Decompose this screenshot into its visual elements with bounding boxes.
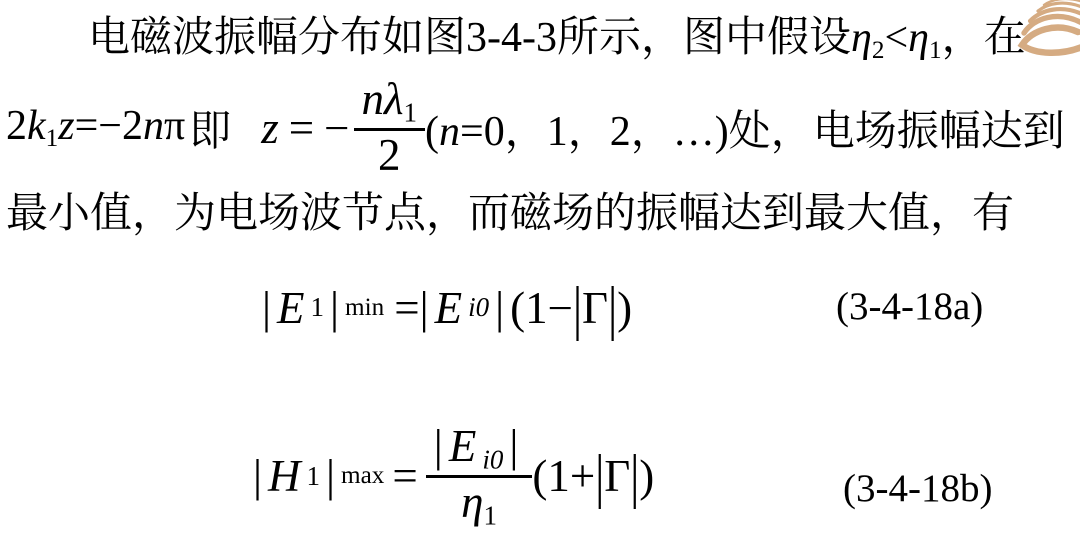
equals-sign: = [289, 102, 314, 154]
gamma-abs-bar: | [630, 441, 639, 511]
gamma-abs-bar: | [595, 441, 604, 511]
E1-symbol: E [277, 282, 305, 334]
paren-close: ) [639, 450, 654, 502]
minus-sign: − [324, 102, 349, 154]
equation-3-4-18b: | H1 |max = |Ei0| η1 (1+|Γ|) [253, 400, 654, 552]
line2-text: 即 [189, 98, 231, 158]
Ei0-subscript: i0 [468, 292, 489, 323]
H1-symbol: H [268, 450, 301, 502]
abs-bar: | [262, 282, 271, 334]
line1-text: ，在 [942, 15, 1026, 61]
gamma-symbol: Γ [604, 450, 630, 502]
Ei0-symbol: E [435, 282, 463, 334]
equals-bar: =| [394, 282, 428, 334]
half-wavelength-fraction: nλ1 2 [354, 76, 426, 179]
equals-sign: = [392, 450, 417, 502]
z-variable: z [261, 102, 279, 154]
H1-subscript: 1 [307, 461, 321, 492]
fraction-numerator: nλ1 [354, 76, 426, 131]
line1-text: 所示，图中假设 [557, 15, 851, 61]
fraction-denominator: η1 [461, 478, 497, 530]
paren-open-one: (1 [532, 450, 570, 502]
paren-open-one: (1 [510, 282, 548, 334]
minus-operator: − [548, 282, 573, 334]
gamma-abs-bar: | [573, 272, 582, 342]
n-range: (n=0，1，2，…) [425, 98, 729, 158]
max-subscript: max [341, 462, 384, 490]
paragraph-line2: 2k1z=−2nπ 即 z = − nλ1 2 (n=0，1，2，…) 处，电场… [6, 68, 1065, 188]
swirl-logo-icon [1016, 0, 1080, 72]
line1-text: 电磁波振幅分布如图 [88, 15, 466, 61]
paragraph-line3: 最小值，为电场波节点，而磁场的振幅达到最大值，有 [6, 180, 1014, 240]
gamma-abs-bar: | [608, 272, 617, 342]
E1-subscript: 1 [311, 292, 325, 323]
phase-condition: 2k1z=−2nπ [6, 102, 185, 153]
equation-number-3-4-18b: (3-4-18b) [843, 466, 992, 511]
gamma-symbol: Γ [582, 282, 608, 334]
abs-bar: | [330, 282, 339, 334]
abs-bar: | [253, 450, 262, 502]
abs-bar: | [495, 282, 504, 334]
fraction-numerator: |Ei0| [426, 423, 533, 478]
figure-reference: 3-4-3 [466, 15, 557, 61]
line2-text: 处，电场振幅达到 [729, 98, 1065, 158]
equation-3-4-18a: | E1 |min =| Ei0 | (1−|Γ|) [262, 260, 632, 355]
paren-close: ) [617, 282, 632, 334]
paragraph-line1: 电磁波振幅分布如图3-4-3所示，图中假设η2<η1，在 [88, 4, 1026, 65]
eta2-subscript: 2 [872, 37, 885, 64]
eta1-symbol: η [908, 15, 929, 61]
Ei0-over-eta1-fraction: |Ei0| η1 [426, 423, 533, 530]
eta1-subscript: 1 [929, 37, 942, 64]
eta2-symbol: η [851, 15, 872, 61]
equation-number-3-4-18a: (3-4-18a) [836, 284, 983, 329]
fraction-denominator: 2 [378, 131, 401, 179]
slide: 电磁波振幅分布如图3-4-3所示，图中假设η2<η1，在 2k1z=−2nπ 即… [0, 0, 1080, 555]
min-subscript: min [345, 294, 384, 322]
abs-bar: | [326, 450, 335, 502]
less-than-sign: < [884, 15, 908, 61]
plus-operator: + [570, 450, 595, 502]
